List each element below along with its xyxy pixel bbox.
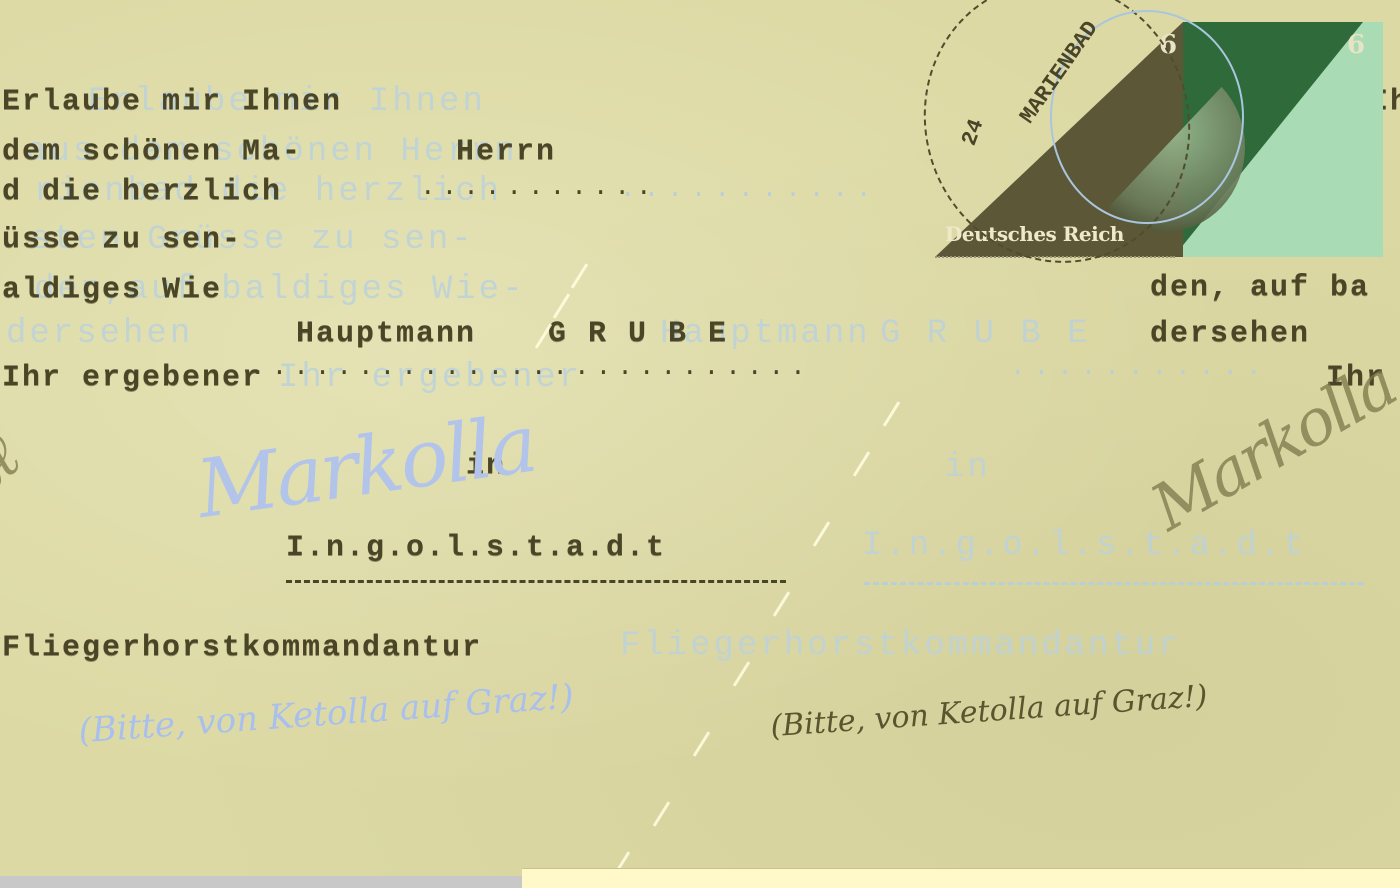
ghost-line-6: dersehen <box>6 316 193 353</box>
unit-line: Fliegerhorstkommandantur <box>2 630 482 667</box>
addressee-prefix: Herrn <box>456 134 556 171</box>
message-line-3: d die herzlich <box>2 174 282 211</box>
glitch-seam <box>813 521 830 546</box>
signature-shadow-left: ℓℓ <box>0 424 31 506</box>
right-line-6: dersehen <box>1150 316 1310 353</box>
glitch-seam <box>693 731 710 756</box>
dotted-line-2: .......................... <box>250 352 812 382</box>
glitch-seam <box>773 591 790 616</box>
glitch-seam <box>883 401 900 426</box>
ghost-unit: Fliegerhorstkommandantur <box>620 628 1182 665</box>
glitch-seam <box>553 293 570 318</box>
message-line-2: dem schönen Ma- <box>2 134 302 171</box>
glitch-seam <box>733 661 750 686</box>
addressee-rank: Hauptmann <box>296 316 476 353</box>
message-line-5: aldiges Wie <box>2 272 222 309</box>
message-line-1: Erlaube mir Ihnen <box>2 84 342 121</box>
closing: Ihr ergebener <box>2 360 262 397</box>
right-line-5: den, auf ba <box>1150 270 1370 307</box>
stamp-value-right: 6 <box>1347 30 1365 60</box>
ghost-city: I.n.g.o.l.s.t.a.d.t <box>862 528 1307 565</box>
city-ingolstadt: I.n.g.o.l.s.t.a.d.t <box>286 530 666 567</box>
ghost-city-underline <box>864 582 1364 585</box>
ghost-dots-2: ........... <box>1010 352 1270 382</box>
ghost-dots-1: ........... <box>620 174 880 204</box>
glitch-seam <box>853 451 870 476</box>
dotted-line-1: ........... <box>420 172 658 202</box>
ghost-preposition: in <box>944 450 991 487</box>
glitch-seam <box>653 801 670 826</box>
handwritten-note-shadow: (Bitte, von Ketolla auf Graz!) <box>769 679 1208 744</box>
signature: Markolla <box>191 397 540 536</box>
glitch-seam <box>571 263 588 288</box>
handwritten-note: (Bitte, von Ketolla auf Graz!) <box>77 677 575 752</box>
scan-edge-paper <box>522 868 1400 888</box>
city-underline <box>286 580 786 583</box>
message-line-4: üsse zu sen- <box>2 222 242 259</box>
scan-edge <box>0 876 522 888</box>
postcard: Erlaube mir Ihnen aus dem schönen Herrn … <box>0 0 1400 880</box>
addressee-name: G R U B E <box>548 316 728 353</box>
ghost-name: G R U B E <box>880 316 1091 353</box>
